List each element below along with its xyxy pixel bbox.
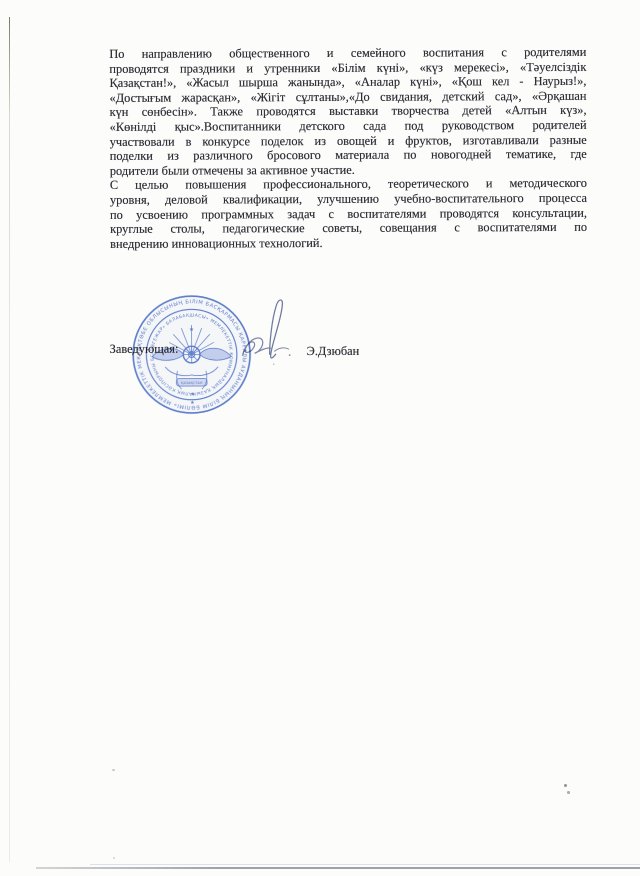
paragraph-block: По направлению общественного и семейного… xyxy=(109,45,587,251)
emblem-banner-text: ҚАЗАҚСТАН xyxy=(181,381,203,385)
text-line: поделки из различного бросового материал… xyxy=(110,147,587,164)
signed-name: Э.Дзюбан xyxy=(307,344,360,359)
handwritten-signature xyxy=(232,292,304,372)
text-line: уровня, деловой квалификации, улучшению … xyxy=(110,191,587,208)
text-line: внедрению инновационных технологий. xyxy=(110,235,587,252)
stamp-star-icon: ★ xyxy=(191,392,196,398)
scanned-page: По направлению общественного и семейного… xyxy=(0,0,640,876)
stamp-star-icon: ★ xyxy=(190,400,195,406)
text-line: круглые столы, педагогические советы, со… xyxy=(110,220,587,237)
text-line: «Көнілді қыс».Воспитанники детского сада… xyxy=(110,118,587,135)
text-line: По направлению общественного и семейного… xyxy=(109,45,586,62)
document-content: По направлению общественного и семейного… xyxy=(0,0,640,876)
